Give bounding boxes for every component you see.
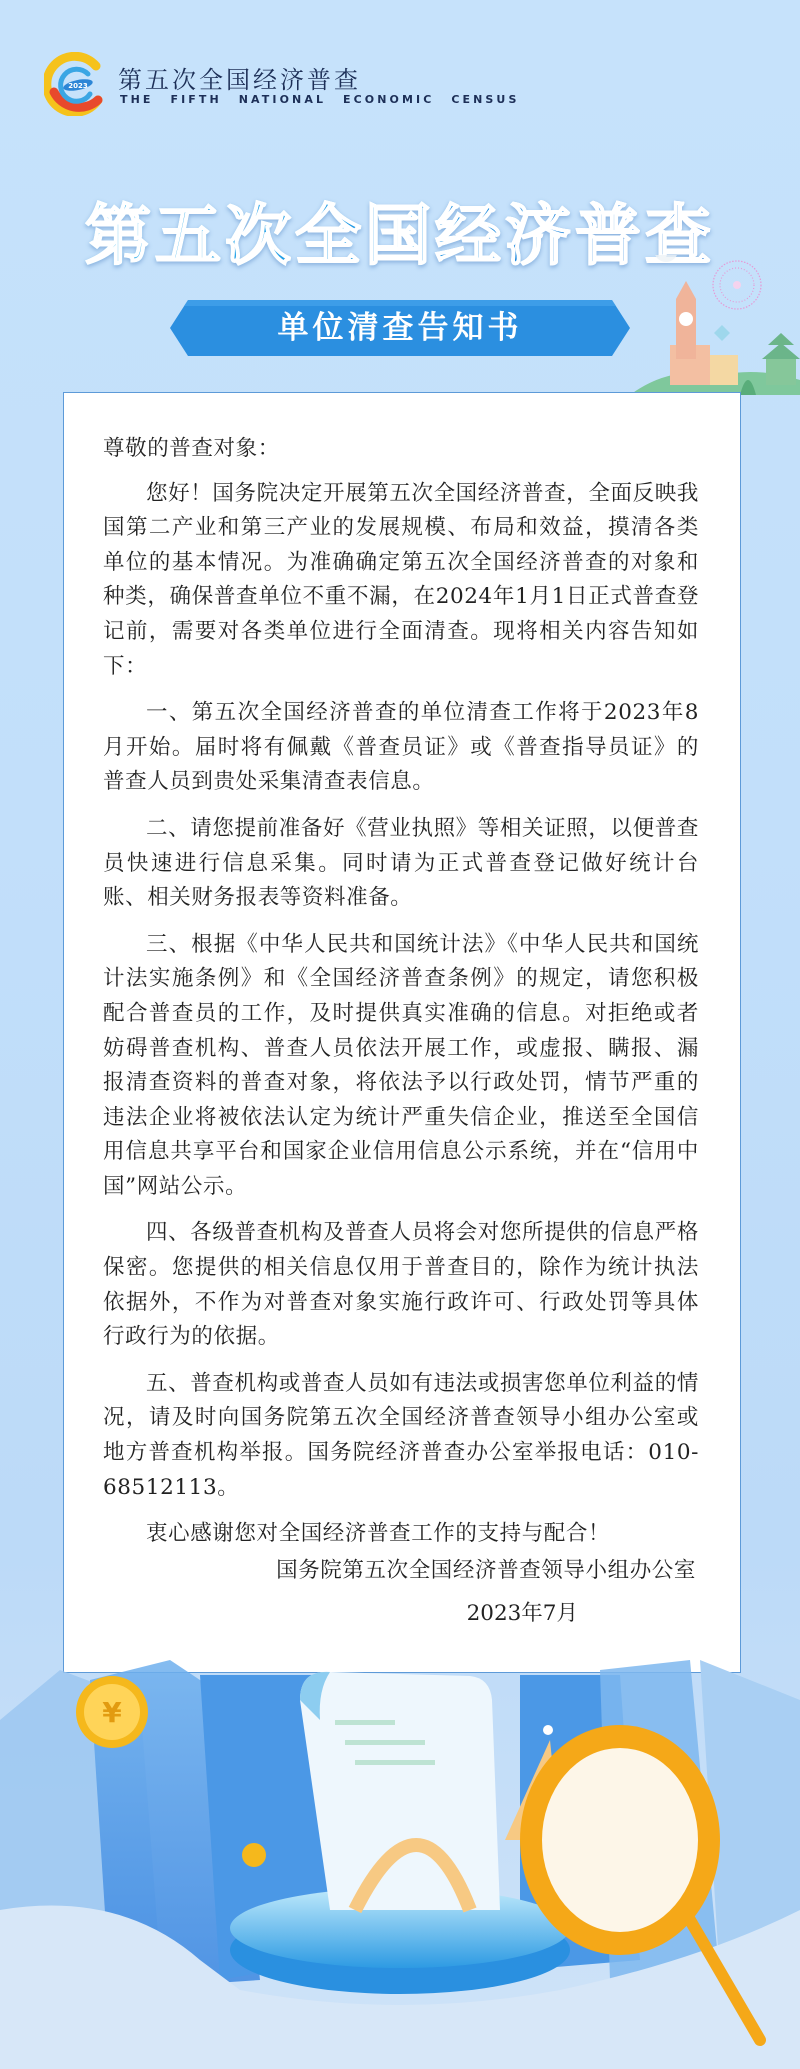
salutation: 尊敬的普查对象：: [103, 432, 699, 467]
logo-chinese-text: 第五次全国经济普查: [118, 60, 361, 95]
paragraph-1: 一、第五次全国经济普查的单位清查工作将于2023年8月开始。届时将有佩戴《普查员…: [103, 696, 699, 800]
city-skyline-illustration: [630, 255, 800, 395]
signature: 国务院第五次全国经济普查领导小组办公室: [260, 1553, 696, 1584]
paragraph-2: 二、请您提前准备好《营业执照》等相关证照，以便普查员快速进行信息采集。同时请为正…: [103, 812, 699, 916]
svg-text:2023: 2023: [68, 82, 88, 90]
logo-english-text: THE FIFTH NATIONAL ECONOMIC CENSUS: [120, 93, 520, 106]
coin-icon: ¥: [76, 1676, 148, 1748]
letter-date: 2023年7月: [260, 1596, 696, 1627]
pagoda-icon: [762, 333, 800, 385]
paragraph-4: 四、各级普查机构及普查人员将会对您所提供的信息严格保密。您提供的相关信息仅用于普…: [103, 1216, 699, 1354]
ribbon-title: 单位清查告知书: [170, 300, 630, 356]
letter-body: 尊敬的普查对象： 您好！国务院决定开展第五次全国经济普查，全面反映我国第二产业和…: [103, 432, 699, 1564]
census-logo-icon: 2023: [44, 52, 108, 116]
paragraph-intro: 您好！国务院决定开展第五次全国经济普查，全面反映我国第二产业和第三产业的发展规模…: [103, 477, 699, 685]
paragraph-5: 五、普查机构或普查人员如有违法或损害您单位利益的情况，请及时向国务院第五次全国经…: [103, 1367, 699, 1505]
firework-icon: [713, 261, 761, 309]
census-illustration: ¥: [0, 1660, 800, 2069]
svg-text:¥: ¥: [102, 1696, 122, 1729]
paragraph-3: 三、根据《中华人民共和国统计法》《中华人民共和国统计法实施条例》和《全国经济普查…: [103, 928, 699, 1205]
closing-thanks: 衷心感谢您对全国经济普查工作的支持与配合！: [103, 1517, 699, 1552]
